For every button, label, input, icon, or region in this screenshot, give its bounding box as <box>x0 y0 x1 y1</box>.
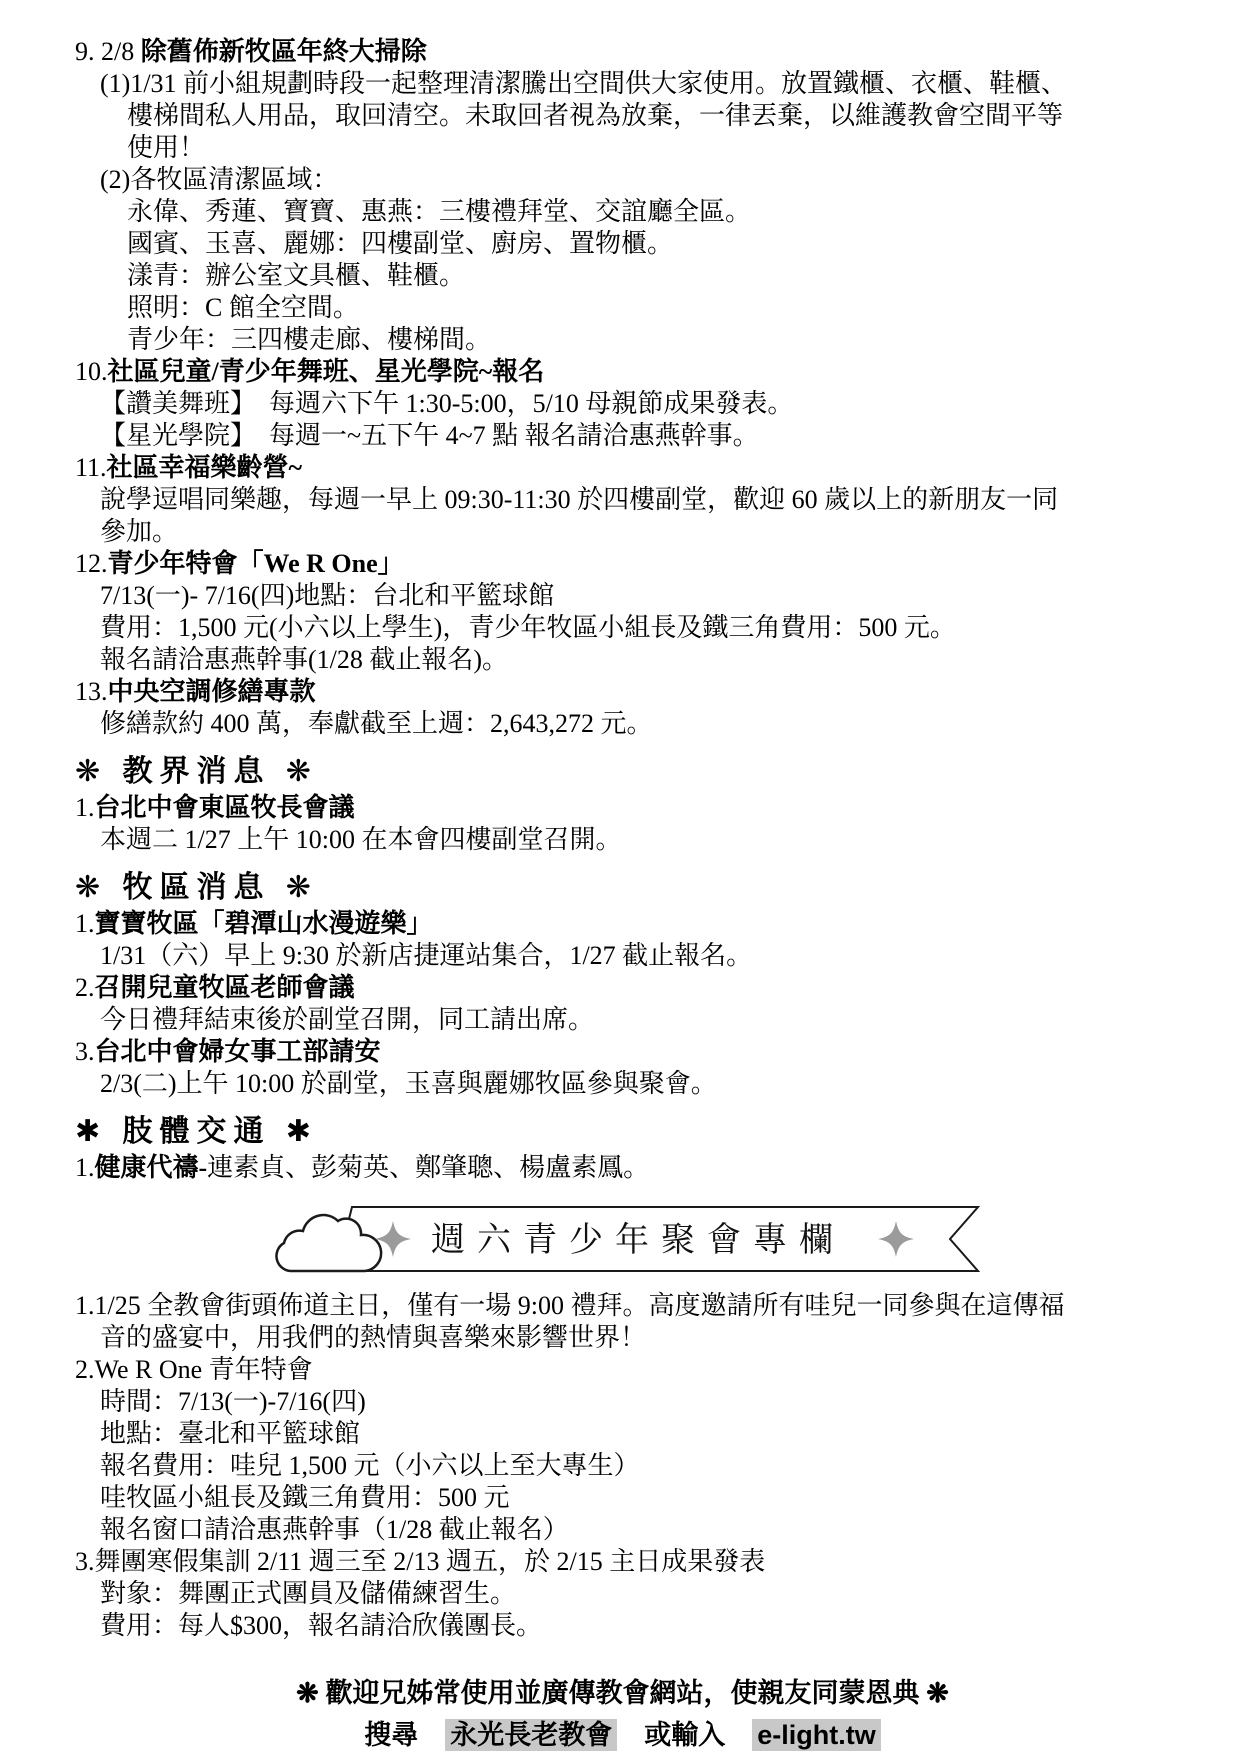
text-segment: 1. <box>75 1153 95 1182</box>
text-segment: 地點：臺北和平籃球館 <box>100 1419 360 1448</box>
text-segment: 對象：舞團正式團員及儲備練習生。 <box>100 1579 516 1608</box>
footer-line: 搜尋 永光長老教會 或輸入 e-light.tw <box>75 1714 1170 1755</box>
section-header: ❋ 牧區消息 ❋ <box>75 868 1215 908</box>
text-segment: 1.1/25 全教會街頭佈道主日，僅有一場 9:00 禮拜。高度邀請所有哇兒一同… <box>75 1291 1064 1320</box>
text-line: 地點：臺北和平籃球館 <box>75 1418 1215 1450</box>
text-segment: 社區幸福樂齡營~ <box>107 453 303 482</box>
text-segment: 台北中會婦女事工部請安 <box>95 1037 381 1066</box>
text-segment: 9. 2/8 <box>75 37 141 66</box>
text-line: 2.We R One 青年特會 <box>75 1354 1215 1386</box>
saturday-youth-banner: 週六青少年聚會專欄 <box>272 1189 992 1285</box>
text-segment: 說學逗唱同樂趣，每週一早上 09:30-11:30 於四樓副堂，歡迎 60 歲以… <box>100 485 1058 514</box>
text-segment: ✱ 肢體交通 ✱ <box>75 1115 318 1148</box>
youth-banner-graphic: 週六青少年聚會專欄 <box>272 1189 992 1285</box>
text-segment: 報名窗口請洽惠燕幹事（1/28 截止報名） <box>100 1515 569 1544</box>
text-line: 費用：每人$300，報名請洽欣儀團長。 <box>75 1610 1215 1642</box>
text-line: 音的盛宴中，用我們的熱情與喜樂來影響世界！ <box>75 1322 1215 1354</box>
text-segment: 2. <box>75 973 95 1002</box>
text-segment: 1/31（六）早上 9:30 於新店捷運站集合，1/27 截止報名。 <box>100 941 752 970</box>
text-segment: ❋ 牧區消息 ❋ <box>75 871 318 904</box>
text-line: 永偉、秀蓮、寶寶、惠燕：三樓禮拜堂、交誼廳全區。 <box>75 196 1215 228</box>
text-segment: 10. <box>75 357 108 386</box>
text-segment: 音的盛宴中，用我們的熱情與喜樂來影響世界！ <box>100 1323 646 1352</box>
highlighted-text: e-light.tw <box>752 1719 880 1751</box>
text-segment: 國賓、玉喜、麗娜：四樓副堂、廚房、置物櫃。 <box>127 229 673 258</box>
text-segment: (1)1/31 前小組規劃時段一起整理清潔騰出空間供大家使用。放置鐵櫃、衣櫃、鞋… <box>100 69 1067 98</box>
text-segment: 【讚美舞班】 每週六下午 1:30-5:00，5/10 母親節成果發表。 <box>100 389 793 418</box>
text-segment: 報名請洽惠燕幹事(1/28 截止報名)。 <box>100 645 508 674</box>
text-line: 報名窗口請洽惠燕幹事（1/28 截止報名） <box>75 1514 1215 1546</box>
footer-line: ❋ 歡迎兄姊常使用並廣傳教會網站，使親友同蒙恩典 ❋ <box>75 1672 1170 1714</box>
text-line: 13.中央空調修繕專款 <box>75 676 1215 708</box>
text-line: 12.青少年特會「We R One」 <box>75 548 1215 580</box>
text-segment: 2/3(二)上午 10:00 於副堂，玉喜與麗娜牧區參與聚會。 <box>100 1069 717 1098</box>
text-segment: 1. <box>75 793 95 822</box>
text-line: (1)1/31 前小組規劃時段一起整理清潔騰出空間供大家使用。放置鐵櫃、衣櫃、鞋… <box>75 68 1215 100</box>
text-segment: 費用：1,500 元(小六以上學生)，青少年牧區小組長及鐵三角費用：500 元。 <box>100 613 956 642</box>
text-segment: 召開兒童牧區老師會議 <box>95 973 355 1002</box>
text-segment: 中央空調修繕專款 <box>108 677 316 706</box>
text-line: 國賓、玉喜、麗娜：四樓副堂、廚房、置物櫃。 <box>75 228 1215 260</box>
text-segment: 13. <box>75 677 108 706</box>
text-segment: 台北中會東區牧長會議 <box>95 793 355 822</box>
text-line: 報名請洽惠燕幹事(1/28 截止報名)。 <box>75 644 1215 676</box>
text-segment: 社區兒童/青少年舞班、星光學院~報名 <box>108 357 545 386</box>
highlighted-text: 永光長老教會 <box>445 1719 617 1751</box>
text-segment: 或輸入 <box>617 1720 752 1750</box>
text-line: 【星光學院】 每週一~五下午 4~7 點 報名請洽惠燕幹事。 <box>75 420 1215 452</box>
section-header: ✱ 肢體交通 ✱ <box>75 1112 1215 1152</box>
text-segment: 2.We R One 青年特會 <box>75 1355 313 1384</box>
text-segment: 青少年特會「We R One」 <box>108 549 404 578</box>
section-header: ❋ 教界消息 ❋ <box>75 752 1215 792</box>
text-segment: 寶寶牧區「碧潭山水漫遊樂」 <box>95 909 433 938</box>
text-segment: 時間：7/13(一)-7/16(四) <box>100 1387 366 1416</box>
text-line: 時間：7/13(一)-7/16(四) <box>75 1386 1215 1418</box>
text-segment: 樓梯間私人用品，取回清空。未取回者視為放棄，一律丟棄，以維護教會空間平等 <box>127 101 1063 130</box>
text-line: 青少年：三四樓走廊、樓梯間。 <box>75 324 1215 356</box>
text-line: 對象：舞團正式團員及儲備練習生。 <box>75 1578 1215 1610</box>
text-line: 今日禮拜結束後於副堂召開，同工請出席。 <box>75 1004 1215 1036</box>
text-line: 本週二 1/27 上午 10:00 在本會四樓副堂召開。 <box>75 824 1215 856</box>
spacer <box>75 1642 1215 1672</box>
text-line: 費用：1,500 元(小六以上學生)，青少年牧區小組長及鐵三角費用：500 元。 <box>75 612 1215 644</box>
text-line: 漾青：辦公室文具櫃、鞋櫃。 <box>75 260 1215 292</box>
text-segment: 健康代禱- <box>95 1153 208 1182</box>
announcements-bottom: 1.1/25 全教會街頭佈道主日，僅有一場 9:00 禮拜。高度邀請所有哇兒一同… <box>75 1290 1215 1755</box>
text-segment: 11. <box>75 453 107 482</box>
text-segment: 本週二 1/27 上午 10:00 在本會四樓副堂召開。 <box>100 825 621 854</box>
text-segment: ❋ 歡迎兄姊常使用並廣傳教會網站，使親友同蒙恩典 ❋ <box>296 1678 949 1708</box>
text-line: 哇牧區小組長及鐵三角費用：500 元 <box>75 1482 1215 1514</box>
text-segment: 永偉、秀蓮、寶寶、惠燕：三樓禮拜堂、交誼廳全區。 <box>127 197 751 226</box>
text-segment: 今日禮拜結束後於副堂召開，同工請出席。 <box>100 1005 594 1034</box>
text-segment: 除舊佈新牧區年終大掃除 <box>141 37 427 66</box>
text-segment: 3. <box>75 1037 95 1066</box>
text-line: 2.召開兒童牧區老師會議 <box>75 972 1215 1004</box>
text-segment: 參加。 <box>100 517 178 546</box>
text-line: 11.社區幸福樂齡營~ <box>75 452 1215 484</box>
text-line: 10.社區兒童/青少年舞班、星光學院~報名 <box>75 356 1215 388</box>
text-segment: 12. <box>75 549 108 578</box>
text-line: (2)各牧區清潔區域： <box>75 164 1215 196</box>
text-segment: 7/13(一)- 7/16(四)地點：台北和平籃球館 <box>100 581 554 610</box>
text-segment: 哇牧區小組長及鐵三角費用：500 元 <box>100 1483 510 1512</box>
text-segment: 1. <box>75 909 95 938</box>
text-line: 2/3(二)上午 10:00 於副堂，玉喜與麗娜牧區參與聚會。 <box>75 1068 1215 1100</box>
text-line: 1/31（六）早上 9:30 於新店捷運站集合，1/27 截止報名。 <box>75 940 1215 972</box>
text-line: 1.1/25 全教會街頭佈道主日，僅有一場 9:00 禮拜。高度邀請所有哇兒一同… <box>75 1290 1215 1322</box>
text-segment: 費用：每人$300，報名請洽欣儀團長。 <box>100 1611 542 1640</box>
bulletin-content: 9. 2/8 除舊佈新牧區年終大掃除(1)1/31 前小組規劃時段一起整理清潔騰… <box>75 36 1215 1755</box>
text-segment: (2)各牧區清潔區域： <box>100 165 338 194</box>
text-segment: 使用！ <box>127 133 205 162</box>
text-line: 照明：C 館全空間。 <box>75 292 1215 324</box>
text-line: 修繕款約 400 萬，奉獻截至上週：2,643,272 元。 <box>75 708 1215 740</box>
text-line: 7/13(一)- 7/16(四)地點：台北和平籃球館 <box>75 580 1215 612</box>
text-segment: 【星光學院】 每週一~五下午 4~7 點 報名請洽惠燕幹事。 <box>100 421 759 450</box>
text-line: 3.舞團寒假集訓 2/11 週三至 2/13 週五，於 2/15 主日成果發表 <box>75 1546 1215 1578</box>
text-line: 說學逗唱同樂趣，每週一早上 09:30-11:30 於四樓副堂，歡迎 60 歲以… <box>75 484 1215 516</box>
text-line: 9. 2/8 除舊佈新牧區年終大掃除 <box>75 36 1215 68</box>
text-segment: 報名費用：哇兒 1,500 元（小六以上至大專生） <box>100 1451 640 1480</box>
text-segment: ❋ 教界消息 ❋ <box>75 755 318 788</box>
text-line: 1.健康代禱-連素貞、彭菊英、鄭肇聰、楊盧素鳳。 <box>75 1152 1215 1184</box>
text-line: 報名費用：哇兒 1,500 元（小六以上至大專生） <box>75 1450 1215 1482</box>
text-segment: 青少年：三四樓走廊、樓梯間。 <box>127 325 491 354</box>
text-segment: 照明：C 館全空間。 <box>127 293 359 322</box>
text-line: 參加。 <box>75 516 1215 548</box>
church-bulletin-page: 9. 2/8 除舊佈新牧區年終大掃除(1)1/31 前小組規劃時段一起整理清潔騰… <box>0 0 1241 1755</box>
banner-title: 週六青少年聚會專欄 <box>431 1221 845 1259</box>
text-segment: 連素貞、彭菊英、鄭肇聰、楊盧素鳳。 <box>207 1153 649 1182</box>
text-segment: 搜尋 <box>364 1720 445 1750</box>
text-line: 1.台北中會東區牧長會議 <box>75 792 1215 824</box>
text-segment: 修繕款約 400 萬，奉獻截至上週：2,643,272 元。 <box>100 709 653 738</box>
text-line: 3.台北中會婦女事工部請安 <box>75 1036 1215 1068</box>
text-line: 【讚美舞班】 每週六下午 1:30-5:00，5/10 母親節成果發表。 <box>75 388 1215 420</box>
announcements-top: 9. 2/8 除舊佈新牧區年終大掃除(1)1/31 前小組規劃時段一起整理清潔騰… <box>75 36 1215 1184</box>
text-line: 樓梯間私人用品，取回清空。未取回者視為放棄，一律丟棄，以維護教會空間平等 <box>75 100 1215 132</box>
text-segment: 漾青：辦公室文具櫃、鞋櫃。 <box>127 261 465 290</box>
text-segment: 3.舞團寒假集訓 2/11 週三至 2/13 週五，於 2/15 主日成果發表 <box>75 1547 765 1576</box>
text-line: 1.寶寶牧區「碧潭山水漫遊樂」 <box>75 908 1215 940</box>
text-line: 使用！ <box>75 132 1215 164</box>
